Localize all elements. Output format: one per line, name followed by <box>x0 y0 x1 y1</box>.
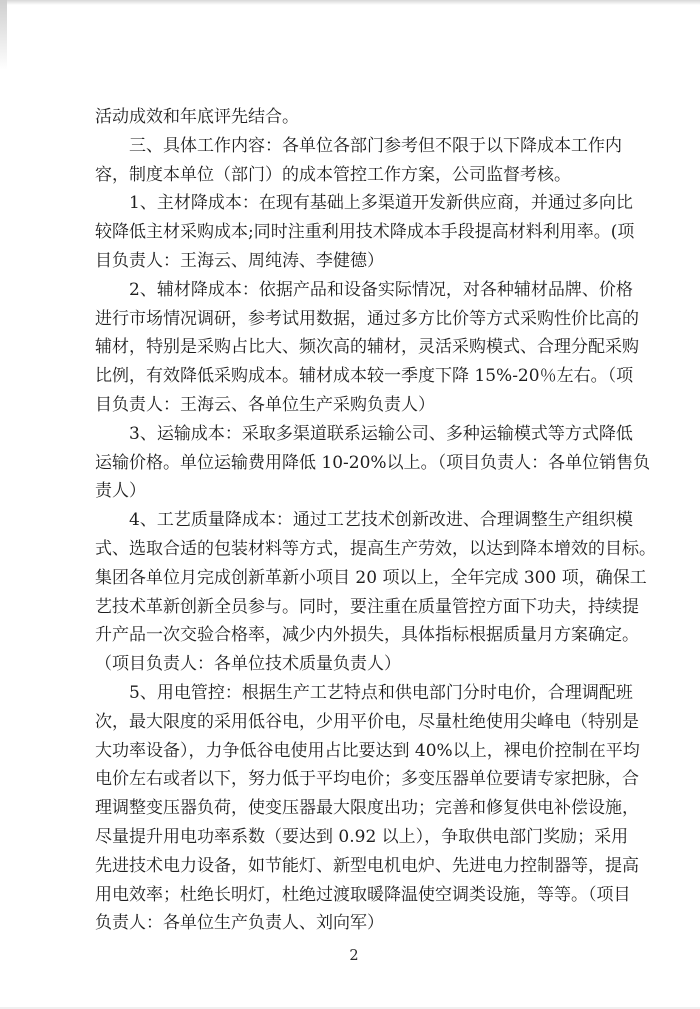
text-line: （项目负责人：各单位技术质量负责人） <box>95 650 613 679</box>
text-line: 电价左右或者以下，努力低于平均电价；多变压器单位要请专家把脉，合 <box>95 765 613 794</box>
text-line: 艺技术革新创新全员参与。同时，要注重在质量管控方面下功夫，持续提 <box>95 593 613 622</box>
text-line: 理调整变压器负荷，使变压器最大限度出功；完善和修复供电补偿设施， <box>95 794 613 823</box>
text-line: 进行市场情况调研，参考试用数据，通过多方比价等方式采购性价比高的 <box>95 305 613 334</box>
text-line: 容，制度本单位（部门）的成本管控工作方案，公司监督考核。 <box>95 161 613 190</box>
text-line: 4、工艺质量降成本：通过工艺技术创新改进、合理调整生产组织模 <box>95 506 613 535</box>
text-line: 2、辅材降成本：依据产品和设备实际情况，对各种辅材品牌、价格 <box>95 276 613 305</box>
text-line: 用电效率；杜绝长明灯，杜绝过渡取暖降温使空调类设施，等等。（项目 <box>95 881 613 910</box>
text-line: 升产品一次交验合格率，减少内外损失，具体指标根据质量月方案确定。 <box>95 621 613 650</box>
text-line: 责人） <box>95 477 613 506</box>
scan-edge-left <box>0 0 7 70</box>
text-line: 目负责人：王海云、各单位生产采购负责人） <box>95 391 613 420</box>
text-line: 式、选取合适的包装材料等方式，提高生产劳效，以达到降本增效的目标。 <box>95 535 613 564</box>
text-line: 运输价格。单位运输费用降低 10-20%以上。（项目负责人：各单位销售负 <box>95 449 613 478</box>
text-line: 辅材，特别是采购占比大、频次高的辅材，灵活采购模式、合理分配采购 <box>95 333 613 362</box>
text-line: 目负责人：王海云、周纯涛、李健德） <box>95 247 613 276</box>
text-line: 三、具体工作内容：各单位各部门参考但不限于以下降成本工作内 <box>95 132 613 161</box>
text-line: 3、运输成本：采取多渠道联系运输公司、多种运输模式等方式降低 <box>95 420 613 449</box>
text-line: 大功率设备），力争低谷电使用占比要达到 40%以上，裸电价控制在平均 <box>95 737 613 766</box>
text-line: 1、主材降成本：在现有基础上多渠道开发新供应商，并通过多向比 <box>95 189 613 218</box>
text-line: 活动成效和年底评先结合。 <box>95 103 613 132</box>
text-line: 次，最大限度的采用低谷电，少用平价电，尽量杜绝使用尖峰电（特别是 <box>95 708 613 737</box>
text-line: 比例，有效降低采购成本。辅材成本较一季度下降 15%-20％左右。（项 <box>95 362 613 391</box>
document-body: 活动成效和年底评先结合。三、具体工作内容：各单位各部门参考但不限于以下降成本工作… <box>95 103 613 938</box>
text-line: 集团各单位月完成创新革新小项目 20 项以上，全年完成 300 项，确保工 <box>95 564 613 593</box>
text-line: 5、用电管控：根据生产工艺特点和供电部门分时电价，合理调配班 <box>95 679 613 708</box>
text-line: 负责人：各单位生产负责人、刘向军） <box>95 909 613 938</box>
text-line: 尽量提升用电功率系数（要达到 0.92 以上），争取供电部门奖励；采用 <box>95 823 613 852</box>
text-line: 较降低主材采购成本;同时注重利用技术降成本手段提高材料利用率。(项 <box>95 218 613 247</box>
text-line: 先进技术电力设备，如节能灯、新型电机电炉、先进电力控制器等，提高 <box>95 852 613 881</box>
scan-edge-top <box>0 0 700 5</box>
page-number: 2 <box>95 948 613 964</box>
